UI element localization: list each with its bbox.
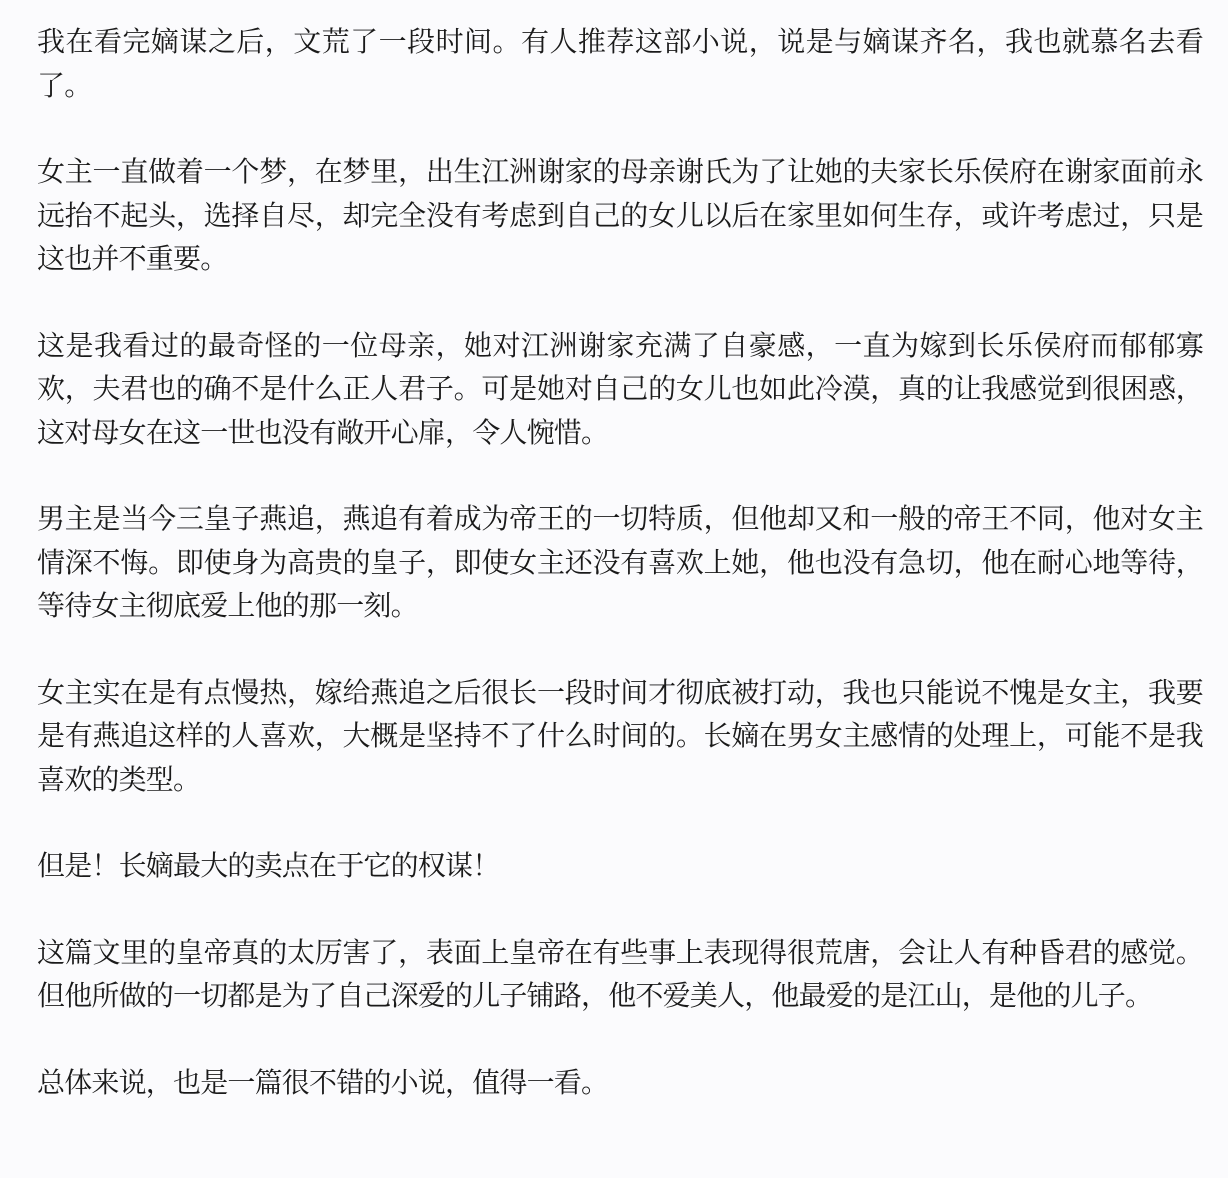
article-body: 我在看完嫡谋之后，文荒了一段时间。有人推荐这部小说，说是与嫡谋齐名，我也就慕名去… [37, 20, 1203, 1147]
paragraph-romance: 女主实在是有点慢热，嫁给燕追之后很长一段时间才彻底被打动，我也只能说不愧是女主，… [37, 671, 1203, 802]
paragraph-mother: 这是我看过的最奇怪的一位母亲，她对江洲谢家充满了自豪感，一直为嫁到长乐侯府而郁郁… [37, 324, 1203, 455]
paragraph-hero: 男主是当今三皇子燕追，燕追有着成为帝王的一切特质，但他却又和一般的帝王不同，他对… [37, 497, 1203, 628]
paragraph-intro: 我在看完嫡谋之后，文荒了一段时间。有人推荐这部小说，说是与嫡谋齐名，我也就慕名去… [37, 20, 1203, 107]
paragraph-conclusion: 总体来说，也是一篇很不错的小说，值得一看。 [37, 1061, 1203, 1105]
paragraph-highlight: 但是！长嫡最大的卖点在于它的权谋！ [37, 844, 1203, 888]
paragraph-heroine-dream: 女主一直做着一个梦，在梦里，出生江洲谢家的母亲谢氏为了让她的夫家长乐侯府在谢家面… [37, 150, 1203, 281]
paragraph-emperor: 这篇文里的皇帝真的太厉害了，表面上皇帝在有些事上表现得很荒唐，会让人有种昏君的感… [37, 931, 1203, 1018]
